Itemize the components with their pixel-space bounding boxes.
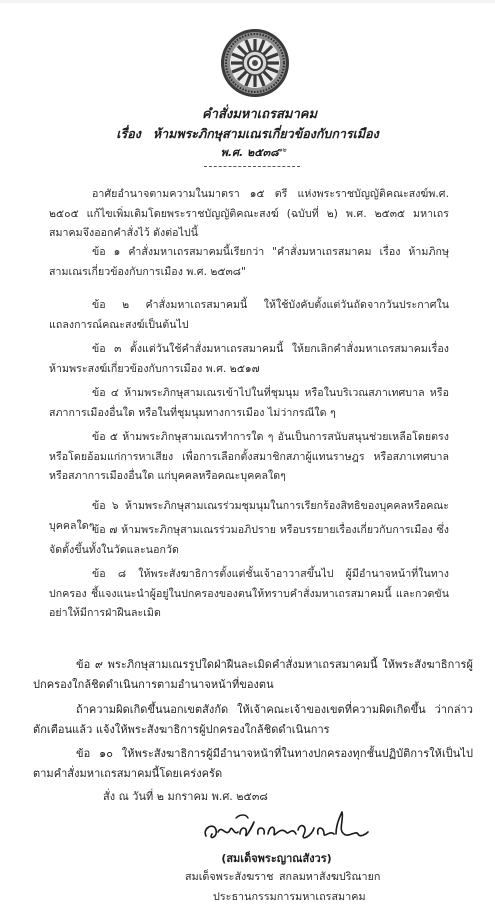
handwritten-signature	[200, 808, 370, 848]
preamble-paragraph: อาศัยอำนาจตามความในมาตรา ๑๕ ตรี แห่งพระร…	[49, 185, 449, 244]
clause-number: ข้อ ๓	[92, 343, 121, 355]
signer-name: (สมเด็จพระญาณสังวร)	[0, 849, 495, 867]
clause-8: ข้อ ๘ ให้พระสังฆาธิการตั้งแต่ชั้นเจ้าอาว…	[49, 565, 449, 624]
dharmachakra-emblem-icon	[219, 27, 291, 99]
subject-label: เรื่อง	[116, 126, 141, 141]
clause-4: ข้อ ๔ ห้ามพระภิกษุสามเณรเข้าไปในที่ชุมนุ…	[49, 384, 449, 423]
clause-number: ข้อ ๒	[92, 299, 129, 311]
order-title: คำสั่งมหาเถรสมาคม	[12, 103, 495, 124]
top-edge-strip	[0, 0, 495, 3]
clause-number: ข้อ ๑	[92, 246, 120, 258]
clause-number: ข้อ ๙	[76, 658, 103, 671]
clause-number: ข้อ ๖	[92, 500, 119, 512]
clause-number: ข้อ ๘	[92, 568, 126, 580]
signer-title-2: ประธานกรรมการมหาเถรสมาคม	[213, 888, 366, 905]
title-divider	[204, 166, 300, 167]
clause-2: ข้อ ๒ คำสั่งมหาเถรสมาคมนี้ ให้ใช้บังคับต…	[49, 296, 449, 335]
issue-date: สั่ง ณ วันที่ ๒ มกราคม พ.ศ. ๒๕๓๘	[103, 787, 268, 805]
clause-text: ถ้าความผิดเกิดขึ้นนอกเขตสังกัด ให้เจ้าคณ…	[33, 703, 473, 736]
clause-number: ข้อ ๗	[92, 524, 117, 536]
year-text: พ.ศ. ๒๕๓๘	[221, 146, 279, 159]
order-subject: เรื่องห้ามพระภิกษุสามเณรเกี่ยวข้องกับการ…	[0, 124, 495, 144]
subject-text: ห้ามพระภิกษุสามเณรเกี่ยวข้องกับการเมือง	[153, 126, 379, 141]
clause-10: ข้อ ๑๐ ให้พระสังฆาธิการผู้มีอำนาจหน้าที่…	[33, 744, 473, 783]
order-year: พ.ศ. ๒๕๓๘๑๒	[6, 143, 495, 161]
clause-7: ข้อ ๗ ห้ามพระภิกษุสามเณรร่วมอภิปราย หรือ…	[49, 521, 449, 560]
clause-number: ข้อ ๑๐	[76, 747, 113, 760]
clause-number: ข้อ ๕	[92, 431, 118, 443]
clause-3: ข้อ ๓ ตั้งแต่วันใช้คำสั่งมหาเถรสมาคมนี้ …	[49, 340, 449, 379]
clause-9: ข้อ ๙ พระภิกษุสามเณรรูปใดฝ่าฝืนละเมิดคำส…	[33, 655, 473, 694]
clause-5: ข้อ ๕ ห้ามพระภิกษุสามเณรทำการใด ๆ อันเป็…	[49, 428, 449, 487]
clause-number: ข้อ ๔	[92, 387, 119, 399]
clause-1: ข้อ ๑ คำสั่งมหาเถรสมาคมนี้เรียกว่า "คำสั…	[49, 243, 449, 282]
year-footnote: ๑๒	[279, 146, 287, 153]
clause-9-continuation: ถ้าความผิดเกิดขึ้นนอกเขตสังกัด ให้เจ้าคณ…	[33, 700, 473, 739]
signer-title-1: สมเด็จพระสังฆราช สกลมหาสังฆปริณายก	[185, 868, 380, 885]
